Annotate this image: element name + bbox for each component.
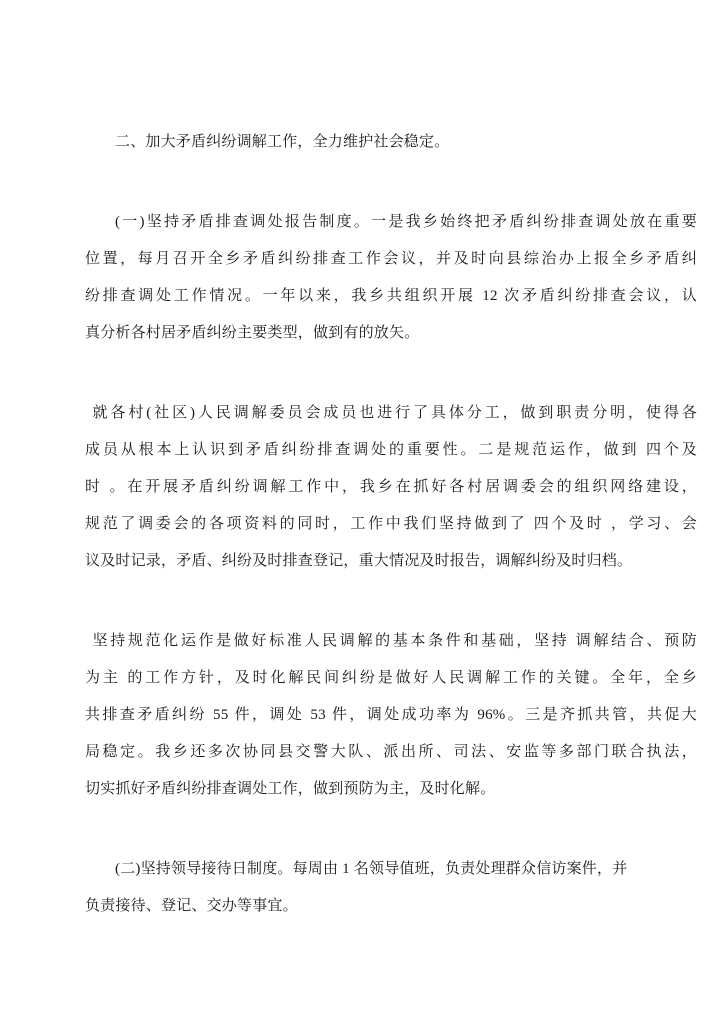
text-line: 成员从根本上认识到矛盾纠纷排查调处的重要性。二是规范运作，做到 四个及 bbox=[85, 432, 697, 469]
text-line: 坚持规范化运作是做好标准人民调解的基本条件和基础，坚持 调解结合、预防 bbox=[85, 623, 697, 660]
document-body: 二、加大矛盾纠纷调解工作，全力维护社会稳定。(一)坚持矛盾排查调处报告制度。一是… bbox=[85, 124, 697, 925]
text-line: 切实抓好矛盾纠纷排查调处工作，做到预防为主，及时化解。 bbox=[85, 771, 697, 808]
text-line: 议及时记录，矛盾、纠纷及时排查登记，重大情况及时报告，调解纠纷及时归档。 bbox=[85, 543, 697, 580]
heading-line: 二、加大矛盾纠纷调解工作，全力维护社会稳定。 bbox=[85, 124, 697, 161]
paragraph: (一)坚持矛盾排查调处报告制度。一是我乡始终把矛盾纠纷排查调处放在重要位置，每月… bbox=[85, 204, 697, 352]
paragraph: 就各村(社区)人民调解委员会成员也进行了具体分工，做到职责分明，使得各成员从根本… bbox=[85, 395, 697, 580]
text-line: 纷排查调处工作情况。一年以来，我乡共组织开展 12 次矛盾纠纷排查会议，认 bbox=[85, 278, 697, 315]
paragraph: (二)坚持领导接待日制度。每周由 1 名领导值班，负责处理群众信访案件，并负责接… bbox=[85, 851, 697, 925]
paragraph: 坚持规范化运作是做好标准人民调解的基本条件和基础，坚持 调解结合、预防为主 的工… bbox=[85, 623, 697, 808]
text-line: 规范了调委会的各项资料的同时，工作中我们坚持做到了 四个及时 ，学习、会 bbox=[85, 506, 697, 543]
text-line: 共排查矛盾纠纷 55 件，调处 53 件，调处成功率为 96%。三是齐抓共管，共… bbox=[85, 697, 697, 734]
text-line: (二)坚持领导接待日制度。每周由 1 名领导值班，负责处理群众信访案件，并 bbox=[85, 851, 697, 888]
text-line: 位置，每月召开全乡矛盾纠纷排查工作会议，并及时向县综治办上报全乡矛盾纠 bbox=[85, 241, 697, 278]
section-heading: 二、加大矛盾纠纷调解工作，全力维护社会稳定。 bbox=[85, 124, 697, 161]
text-line: 负责接待、登记、交办等事宜。 bbox=[85, 888, 697, 925]
document-page: 二、加大矛盾纠纷调解工作，全力维护社会稳定。(一)坚持矛盾排查调处报告制度。一是… bbox=[0, 0, 721, 1020]
text-line: 为主 的工作方针，及时化解民间纠纷是做好人民调解工作的关键。全年，全乡 bbox=[85, 660, 697, 697]
text-line: 真分析各村居矛盾纠纷主要类型，做到有的放矢。 bbox=[85, 315, 697, 352]
text-line: 局稳定。我乡还多次协同县交警大队、派出所、司法、安监等多部门联合执法， bbox=[85, 734, 697, 771]
text-line: 就各村(社区)人民调解委员会成员也进行了具体分工，做到职责分明，使得各 bbox=[85, 395, 697, 432]
text-line: (一)坚持矛盾排查调处报告制度。一是我乡始终把矛盾纠纷排查调处放在重要 bbox=[85, 204, 697, 241]
text-line: 时 。在开展矛盾纠纷调解工作中，我乡在抓好各村居调委会的组织网络建设， bbox=[85, 469, 697, 506]
